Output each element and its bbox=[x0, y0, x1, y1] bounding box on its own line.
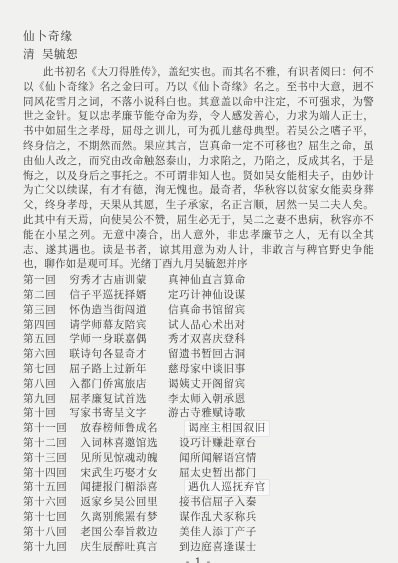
chapter-number: 第二回 bbox=[23, 288, 56, 303]
chapter-title-first: 屈子路上过新年 bbox=[69, 362, 147, 377]
chapter-title-first: 请学师幕友陪宾 bbox=[69, 318, 147, 333]
chapter-title-first: 放春榜师鲁成名 bbox=[80, 421, 158, 436]
chapter-number: 第十八回 bbox=[23, 525, 67, 540]
chapter-row: 第十九回 庆生辰醉吐真言 到边庭喜逢谋士 bbox=[23, 540, 374, 555]
chapter-number: 第十六回 bbox=[23, 495, 67, 510]
chapter-title-first: 入词林喜邀馆选 bbox=[80, 436, 158, 451]
chapter-number: 第十二回 bbox=[23, 436, 67, 451]
chapter-title-second: 慈母家中谈旧事 bbox=[168, 362, 246, 377]
chapter-number: 第九回 bbox=[23, 392, 56, 407]
chapter-title-second: 闻所闻解语宫情 bbox=[179, 451, 257, 466]
chapter-title-second: 游古寺雅赋诗歌 bbox=[168, 406, 246, 421]
chapter-title-first: 屈孝廉复试首选 bbox=[69, 392, 147, 407]
chapter-row: 第四回 请学师幕友陪宾 试人品心术出对 bbox=[23, 318, 374, 333]
author-name: 吴毓恕 bbox=[42, 47, 78, 61]
chapter-row: 第十回 写家书寄呈文字 游古寺雅赋诗歌 bbox=[23, 406, 374, 421]
chapter-row: 第十二回 入词林喜邀馆选 设巧计赚赴章台 bbox=[23, 436, 374, 451]
chapter-title-second: 李太师入朝承恩 bbox=[168, 392, 246, 407]
chapter-row: 第十八回 老国公奉旨救边 美佳人添丁产子 bbox=[23, 525, 374, 540]
page-number: - 1 - bbox=[23, 555, 374, 563]
chapter-number: 第十五回 bbox=[23, 480, 67, 495]
chapter-title-first: 宋武生巧娶才女 bbox=[80, 466, 158, 481]
chapter-number: 第十四回 bbox=[23, 466, 67, 481]
chapter-title-first: 见所见惊魂动魄 bbox=[80, 451, 158, 466]
chapter-number: 第十七回 bbox=[23, 510, 67, 525]
chapter-title-first: 学师一身联嘉偶 bbox=[69, 332, 147, 347]
chapter-list: 第一回 穷秀才古庙训蒙 真神仙直言算命 第二回 信子平巡抚择婿 定巧计神仙设谋 … bbox=[23, 273, 374, 554]
chapter-title-first: 庆生辰醉吐真言 bbox=[80, 540, 158, 555]
chapter-title-first: 写家书寄呈文字 bbox=[69, 406, 147, 421]
chapter-row: 第十七回 久离别熊罴有梦 谋作乱犬豕称兵 bbox=[23, 510, 374, 525]
chapter-row: 第十一回 放春榜师鲁成名 谒座主相国叙旧 bbox=[23, 421, 374, 436]
chapter-row: 第五回 学师一身联嘉偶 秀才双喜庆登科 bbox=[23, 332, 374, 347]
chapter-number: 第十九回 bbox=[23, 540, 67, 555]
chapter-title-second: 真神仙直言算命 bbox=[168, 273, 246, 288]
chapter-number: 第六回 bbox=[23, 347, 56, 362]
chapter-title-second: 到边庭喜逢谋士 bbox=[179, 540, 257, 555]
chapter-number: 第十三回 bbox=[23, 451, 67, 466]
chapter-title-first: 老国公奉旨救边 bbox=[80, 525, 158, 540]
author-line: 清吴毓恕 bbox=[23, 46, 374, 62]
chapter-title-second: 遇仇人巡抚弃官 bbox=[185, 480, 269, 495]
preface-paragraph: 此书初名《大刀得胜传》，盖纪实也。而其名不雅，有识者阅曰：何不以《仙卜奇缘》名之… bbox=[23, 65, 374, 272]
chapter-title-second: 定巧计神仙设谋 bbox=[168, 288, 246, 303]
chapter-row: 第十四回 宋武生巧娶才女 屈太史暂出都门 bbox=[23, 466, 374, 481]
chapter-row: 第八回 入都门侨寓旅店 谒姨丈开阁留宾 bbox=[23, 377, 374, 392]
chapter-title-first: 闻捷报门楣添喜 bbox=[80, 480, 158, 495]
chapter-title-second: 秀才双喜庆登科 bbox=[168, 332, 246, 347]
chapter-title-second: 美佳人添丁产子 bbox=[179, 525, 257, 540]
chapter-title-second: 接书信屈子入秦 bbox=[179, 495, 257, 510]
chapter-number: 第十回 bbox=[23, 406, 56, 421]
chapter-number: 第八回 bbox=[23, 377, 56, 392]
chapter-title-second: 设巧计赚赴章台 bbox=[179, 436, 257, 451]
chapter-number: 第七回 bbox=[23, 362, 56, 377]
chapter-row: 第十六回 返家乡吴公回里 接书信屈子入秦 bbox=[23, 495, 374, 510]
chapter-title-first: 返家乡吴公回里 bbox=[80, 495, 158, 510]
chapter-title-first: 怀伪造当街闯道 bbox=[69, 303, 147, 318]
chapter-title-second: 信真命书馆留宾 bbox=[168, 303, 246, 318]
chapter-row: 第十五回 闻捷报门楣添喜 遇仇人巡抚弃官 bbox=[23, 480, 374, 495]
chapter-row: 第九回 屈孝廉复试首选 李太师入朝承恩 bbox=[23, 392, 374, 407]
dynasty-label: 清 bbox=[23, 47, 35, 61]
book-page: 仙卜奇缘 清吴毓恕 此书初名《大刀得胜传》，盖纪实也。而其名不雅，有识者阅曰：何… bbox=[0, 0, 398, 563]
chapter-title-second: 留遗书暂回古洞 bbox=[168, 347, 246, 362]
chapter-title-second: 屈太史暂出都门 bbox=[179, 466, 257, 481]
chapter-row: 第七回 屈子路上过新年 慈母家中谈旧事 bbox=[23, 362, 374, 377]
chapter-row: 第一回 穷秀才古庙训蒙 真神仙直言算命 bbox=[23, 273, 374, 288]
chapter-title-second: 谒姨丈开阁留宾 bbox=[168, 377, 246, 392]
chapter-title-second: 试人品心术出对 bbox=[168, 318, 246, 333]
chapter-number: 第三回 bbox=[23, 303, 56, 318]
chapter-number: 第一回 bbox=[23, 273, 56, 288]
chapter-row: 第十三回 见所见惊魂动魄 闻所闻解语宫情 bbox=[23, 451, 374, 466]
chapter-title-first: 联诗句各显奇才 bbox=[69, 347, 147, 362]
chapter-row: 第二回 信子平巡抚择婿 定巧计神仙设谋 bbox=[23, 288, 374, 303]
chapter-number: 第五回 bbox=[23, 332, 56, 347]
chapter-row: 第六回 联诗句各显奇才 留遗书暂回古洞 bbox=[23, 347, 374, 362]
book-title: 仙卜奇缘 bbox=[23, 28, 374, 44]
chapter-number: 第四回 bbox=[23, 318, 56, 333]
chapter-title-second: 谒座主相国叙旧 bbox=[185, 421, 269, 436]
chapter-row: 第三回 怀伪造当街闯道 信真命书馆留宾 bbox=[23, 303, 374, 318]
chapter-title-first: 穷秀才古庙训蒙 bbox=[69, 273, 147, 288]
chapter-title-second: 谋作乱犬豕称兵 bbox=[179, 510, 257, 525]
chapter-title-first: 信子平巡抚择婿 bbox=[69, 288, 147, 303]
chapter-title-first: 入都门侨寓旅店 bbox=[69, 377, 147, 392]
chapter-number: 第十一回 bbox=[23, 421, 67, 436]
chapter-title-first: 久离别熊罴有梦 bbox=[80, 510, 158, 525]
